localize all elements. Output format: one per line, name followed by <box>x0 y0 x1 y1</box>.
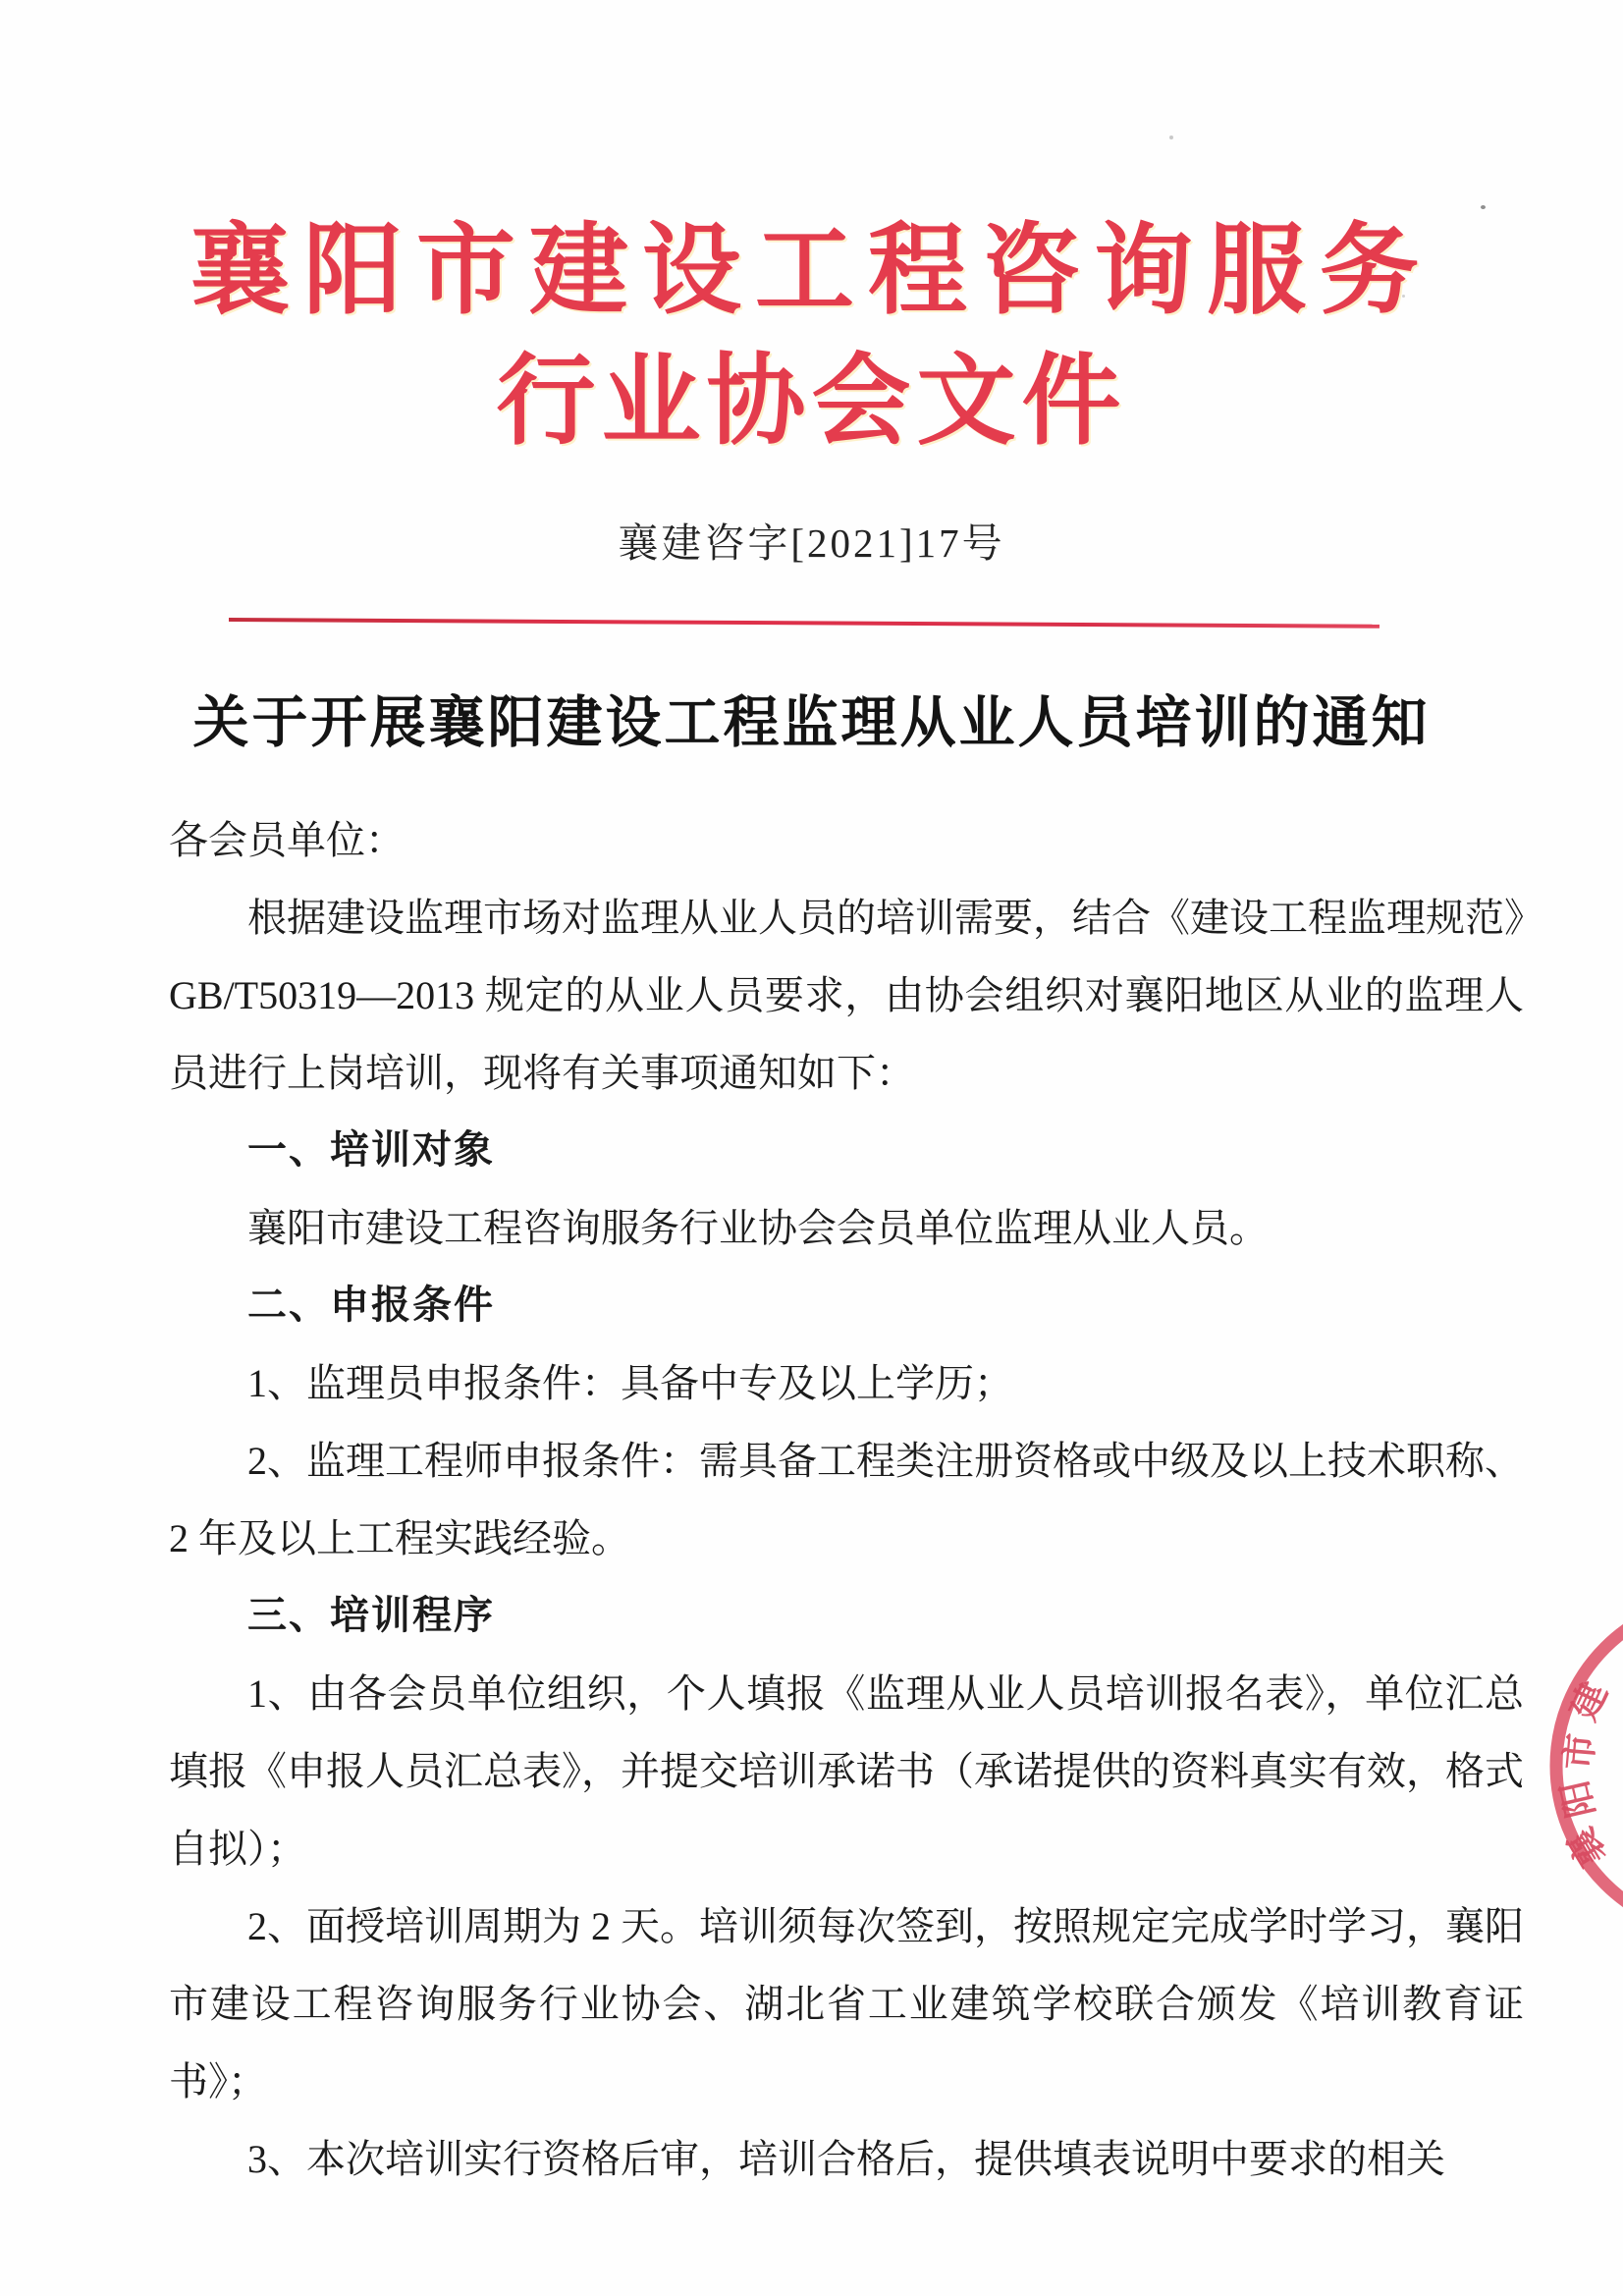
paragraph-intro: 根据建设监理市场对监理从业人员的培训需要，结合《建设工程监理规范》GB/T503… <box>169 879 1524 1112</box>
section-heading-2: 二、申报条件 <box>169 1267 1524 1344</box>
notice-title: 关于开展襄阳建设工程监理从业人员培训的通知 <box>0 678 1623 758</box>
scan-speck <box>1169 136 1173 139</box>
paragraph-procedure-2: 2、面授培训周期为 2 天。培训须每次签到，按照规定完成学时学习，襄阳市建设工程… <box>169 1887 1524 2120</box>
letterhead-org-title-line2: 行业协会文件 <box>0 337 1623 467</box>
document-page: 襄阳市建设工程咨询服务 行业协会文件 襄建咨字[2021]17号 关于开展襄阳建… <box>0 0 1623 2296</box>
red-divider-line <box>229 618 1380 629</box>
letterhead-org-title-line1: 襄阳市建设工程咨询服务 <box>0 206 1623 337</box>
paragraph-condition-2: 2、监理工程师申报条件：需具备工程类注册资格或中级及以上技术职称、2 年及以上工… <box>169 1422 1524 1577</box>
letterhead: 襄阳市建设工程咨询服务 行业协会文件 <box>0 206 1623 467</box>
section-heading-1: 一、培训对象 <box>169 1112 1524 1189</box>
notice-body: 各会员单位： 根据建设监理市场对监理从业人员的培训需要，结合《建设工程监理规范》… <box>169 801 1524 2198</box>
salutation: 各会员单位： <box>169 801 1524 879</box>
scan-speck <box>1481 205 1486 209</box>
official-seal-partial: 建 市 阳 襄 <box>1512 1628 1623 1905</box>
seal-char-2: 市 <box>1558 1731 1602 1772</box>
paragraph-trainees: 襄阳市建设工程咨询服务行业协会会员单位监理从业人员。 <box>169 1189 1524 1267</box>
paragraph-condition-1: 1、监理员申报条件：具备中专及以上学历； <box>169 1344 1524 1422</box>
section-heading-3: 三、培训程序 <box>169 1577 1524 1655</box>
document-number: 襄建咨字[2021]17号 <box>0 511 1623 569</box>
scan-speck <box>1402 295 1405 298</box>
paragraph-procedure-3: 3、本次培训实行资格后审，培训合格后，提供填表说明中要求的相关 <box>169 2120 1524 2198</box>
paragraph-procedure-1: 1、由各会员单位组织，个人填报《监理从业人员培训报名表》，单位汇总填报《申报人员… <box>169 1655 1524 1887</box>
